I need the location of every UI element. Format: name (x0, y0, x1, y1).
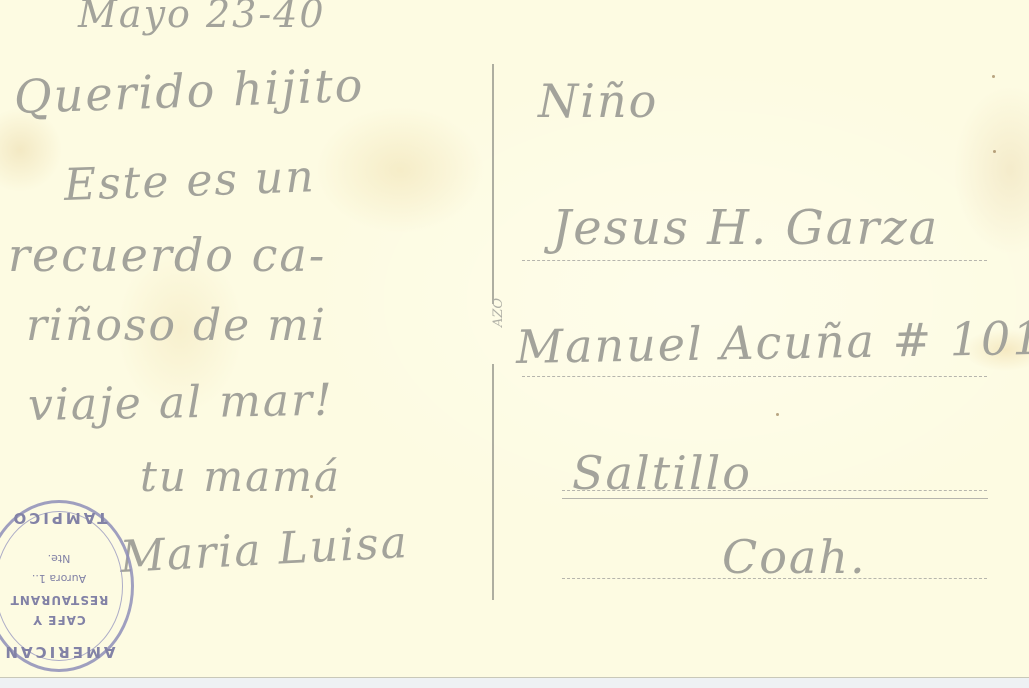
stamp-ring-bottom: TAMPICO (0, 509, 131, 527)
message-line: viaje al mar! (28, 375, 335, 431)
address-salutation: Niño (538, 74, 658, 128)
message-line: riñoso de mi (26, 300, 327, 351)
message-line: Querido hijito (13, 58, 365, 124)
stamp-line: Nte. (0, 552, 131, 565)
signature-closing: tu mamá (140, 452, 341, 501)
address-line-rule (522, 260, 987, 261)
address-line-rule (562, 490, 987, 491)
address-line-rule (562, 578, 987, 579)
address-strike-line (562, 498, 988, 499)
message-date: Mayo 23-40 (78, 0, 326, 36)
publisher-mark: AZO (491, 298, 506, 327)
message-line: recuerdo ca- (8, 228, 326, 282)
stamp-line: RESTAURANT (0, 593, 131, 607)
stamp-line: Aurora 1.. (0, 572, 131, 585)
stamp-line: CAFE Y (0, 613, 131, 627)
scan-bottom-margin (0, 678, 1029, 688)
address-name: Jesus H. Garza (552, 200, 939, 256)
postcard-back: Mayo 23-40 Querido hijito Este es un rec… (0, 0, 1029, 678)
stamp-inner-ring (0, 511, 123, 661)
address-state: Coah. (722, 530, 867, 584)
paper-speck (310, 495, 313, 498)
paper-speck (993, 150, 996, 153)
paper-speck (776, 413, 779, 416)
paper-speck (992, 75, 995, 78)
restaurant-stamp: AMERICAN CAFE Y RESTAURANT Aurora 1.. Nt… (0, 500, 134, 672)
address-city: Saltillo (572, 446, 752, 500)
center-divider (492, 64, 494, 600)
address-line-rule (522, 376, 987, 377)
message-line: Este es un (63, 151, 316, 211)
signature-name: Maria Luisa (119, 517, 410, 583)
stamp-ring-top: AMERICAN (0, 643, 131, 661)
address-street: Manuel Acuña # 101 (516, 311, 1029, 374)
